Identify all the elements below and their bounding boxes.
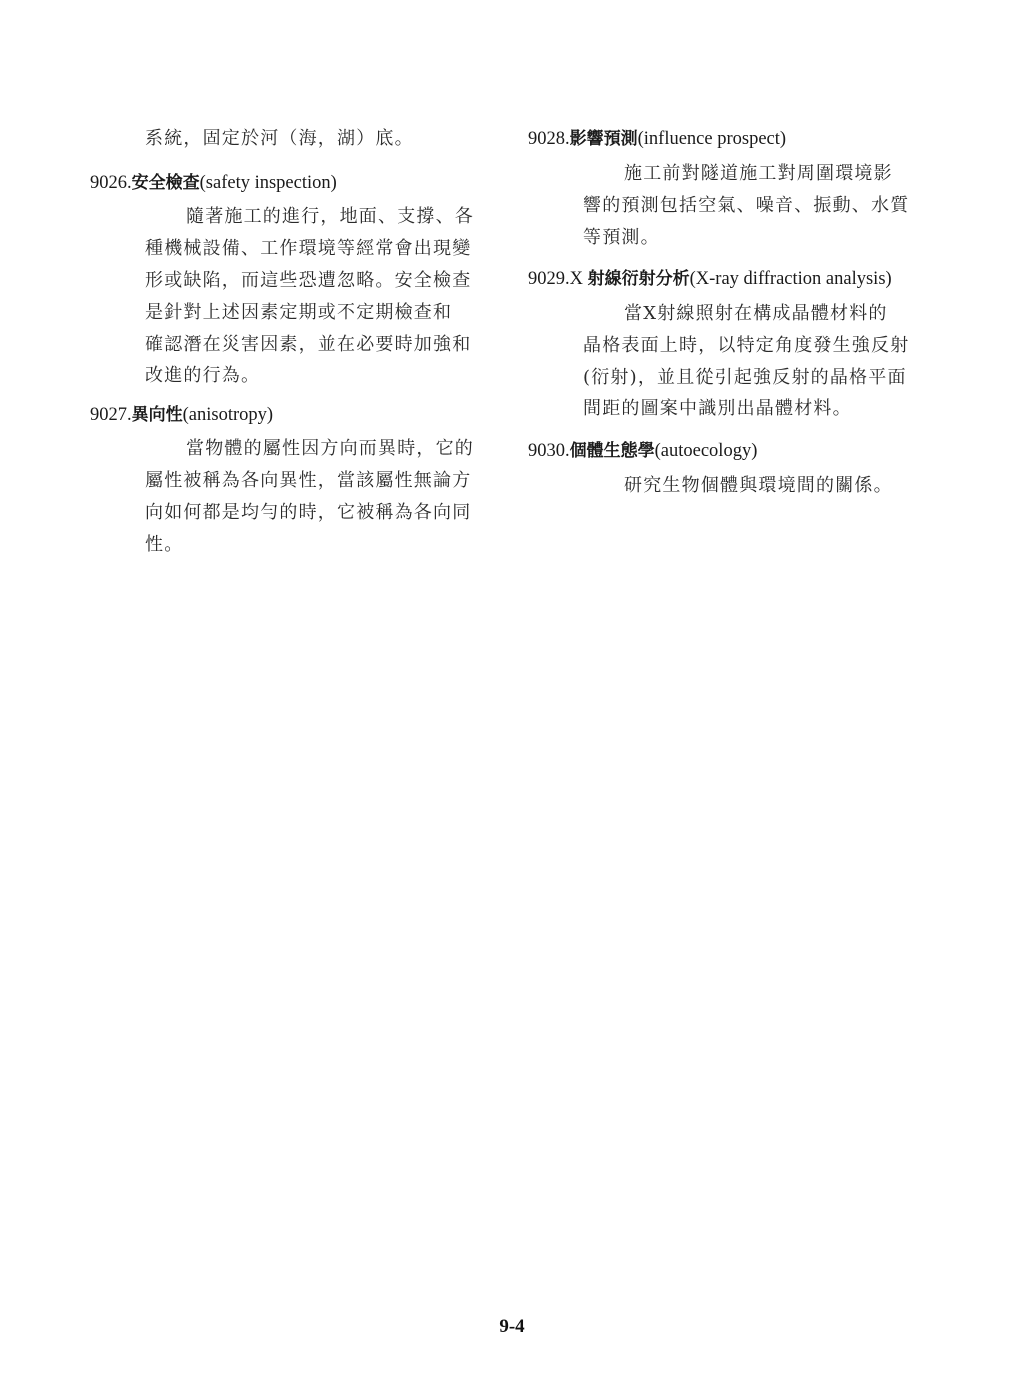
entry-body-line: 種機械設備、工作環境等經常會出現變 [145, 237, 471, 261]
continuation-text: 系統，固定於河（海，湖）底。 [145, 127, 414, 151]
term-en: (influence prospect) [638, 129, 786, 149]
term-en: (X-ray diffraction analysis) [690, 269, 892, 289]
entry-body-line: 晶格表面上時，以特定角度發生強反射 [583, 334, 909, 358]
entry-body-line: 等預測。 [583, 226, 660, 250]
term-zh: 個體生態學 [570, 441, 655, 461]
term-en: (anisotropy) [183, 405, 273, 425]
page-number: 9-4 [0, 1316, 1024, 1338]
entry-body-line: 隨著施工的進行，地面、支撐、各 [186, 205, 474, 229]
term-zh: 射線衍射分析 [588, 269, 690, 289]
term-en: (safety inspection) [200, 173, 337, 193]
entry-body-line: 當X射線照射在構成晶體材料的 [624, 302, 888, 326]
entry-body-line: 屬性被稱為各向異性，當該屬性無論方 [145, 469, 471, 493]
entry-number: 9027. [90, 405, 132, 425]
entry-heading-9028: 9028.影響預測(influence prospect) [528, 127, 786, 151]
entry-body-line: 響的預測包括空氣、噪音、振動、水質 [583, 194, 909, 218]
entry-number: 9028. [528, 129, 570, 149]
entry-body-line: 確認潛在災害因素，並在必要時加強和 [145, 333, 471, 357]
entry-number: 9030. [528, 441, 570, 461]
entry-body-line: 間距的圖案中識別出晶體材料。 [583, 397, 852, 421]
entry-body-line: 性。 [145, 533, 183, 557]
entry-body-line: 施工前對隧道施工對周圍環境影 [624, 162, 893, 186]
entry-body-line: 改進的行為。 [145, 364, 260, 388]
entry-body-line: (衍射)，並且從引起強反射的晶格平面 [583, 366, 907, 390]
entry-body-line: 向如何都是均勻的時，它被稱為各向同 [145, 501, 471, 525]
entry-body-line: 形或缺陷，而這些恐遭忽略。安全檢查 [145, 269, 471, 293]
entry-heading-9029: 9029.X 射線衍射分析(X-ray diffraction analysis… [528, 267, 892, 291]
entry-body-line: 研究生物個體與環境間的關係。 [624, 474, 893, 498]
entry-heading-9026: 9026.安全檢查(safety inspection) [90, 171, 337, 195]
term-zh: 異向性 [132, 405, 183, 425]
entry-number: 9026. [90, 173, 132, 193]
term-en: (autoecology) [655, 441, 758, 461]
entry-heading-9027: 9027.異向性(anisotropy) [90, 403, 273, 427]
entry-body-line: 當物體的屬性因方向而異時，它的 [186, 437, 474, 461]
term-zh: 安全檢查 [132, 173, 200, 193]
entry-number: 9029.X [528, 269, 588, 289]
entry-heading-9030: 9030.個體生態學(autoecology) [528, 439, 757, 463]
entry-body-line: 是針對上述因素定期或不定期檢查和 [145, 301, 452, 325]
term-zh: 影響預測 [570, 129, 638, 149]
